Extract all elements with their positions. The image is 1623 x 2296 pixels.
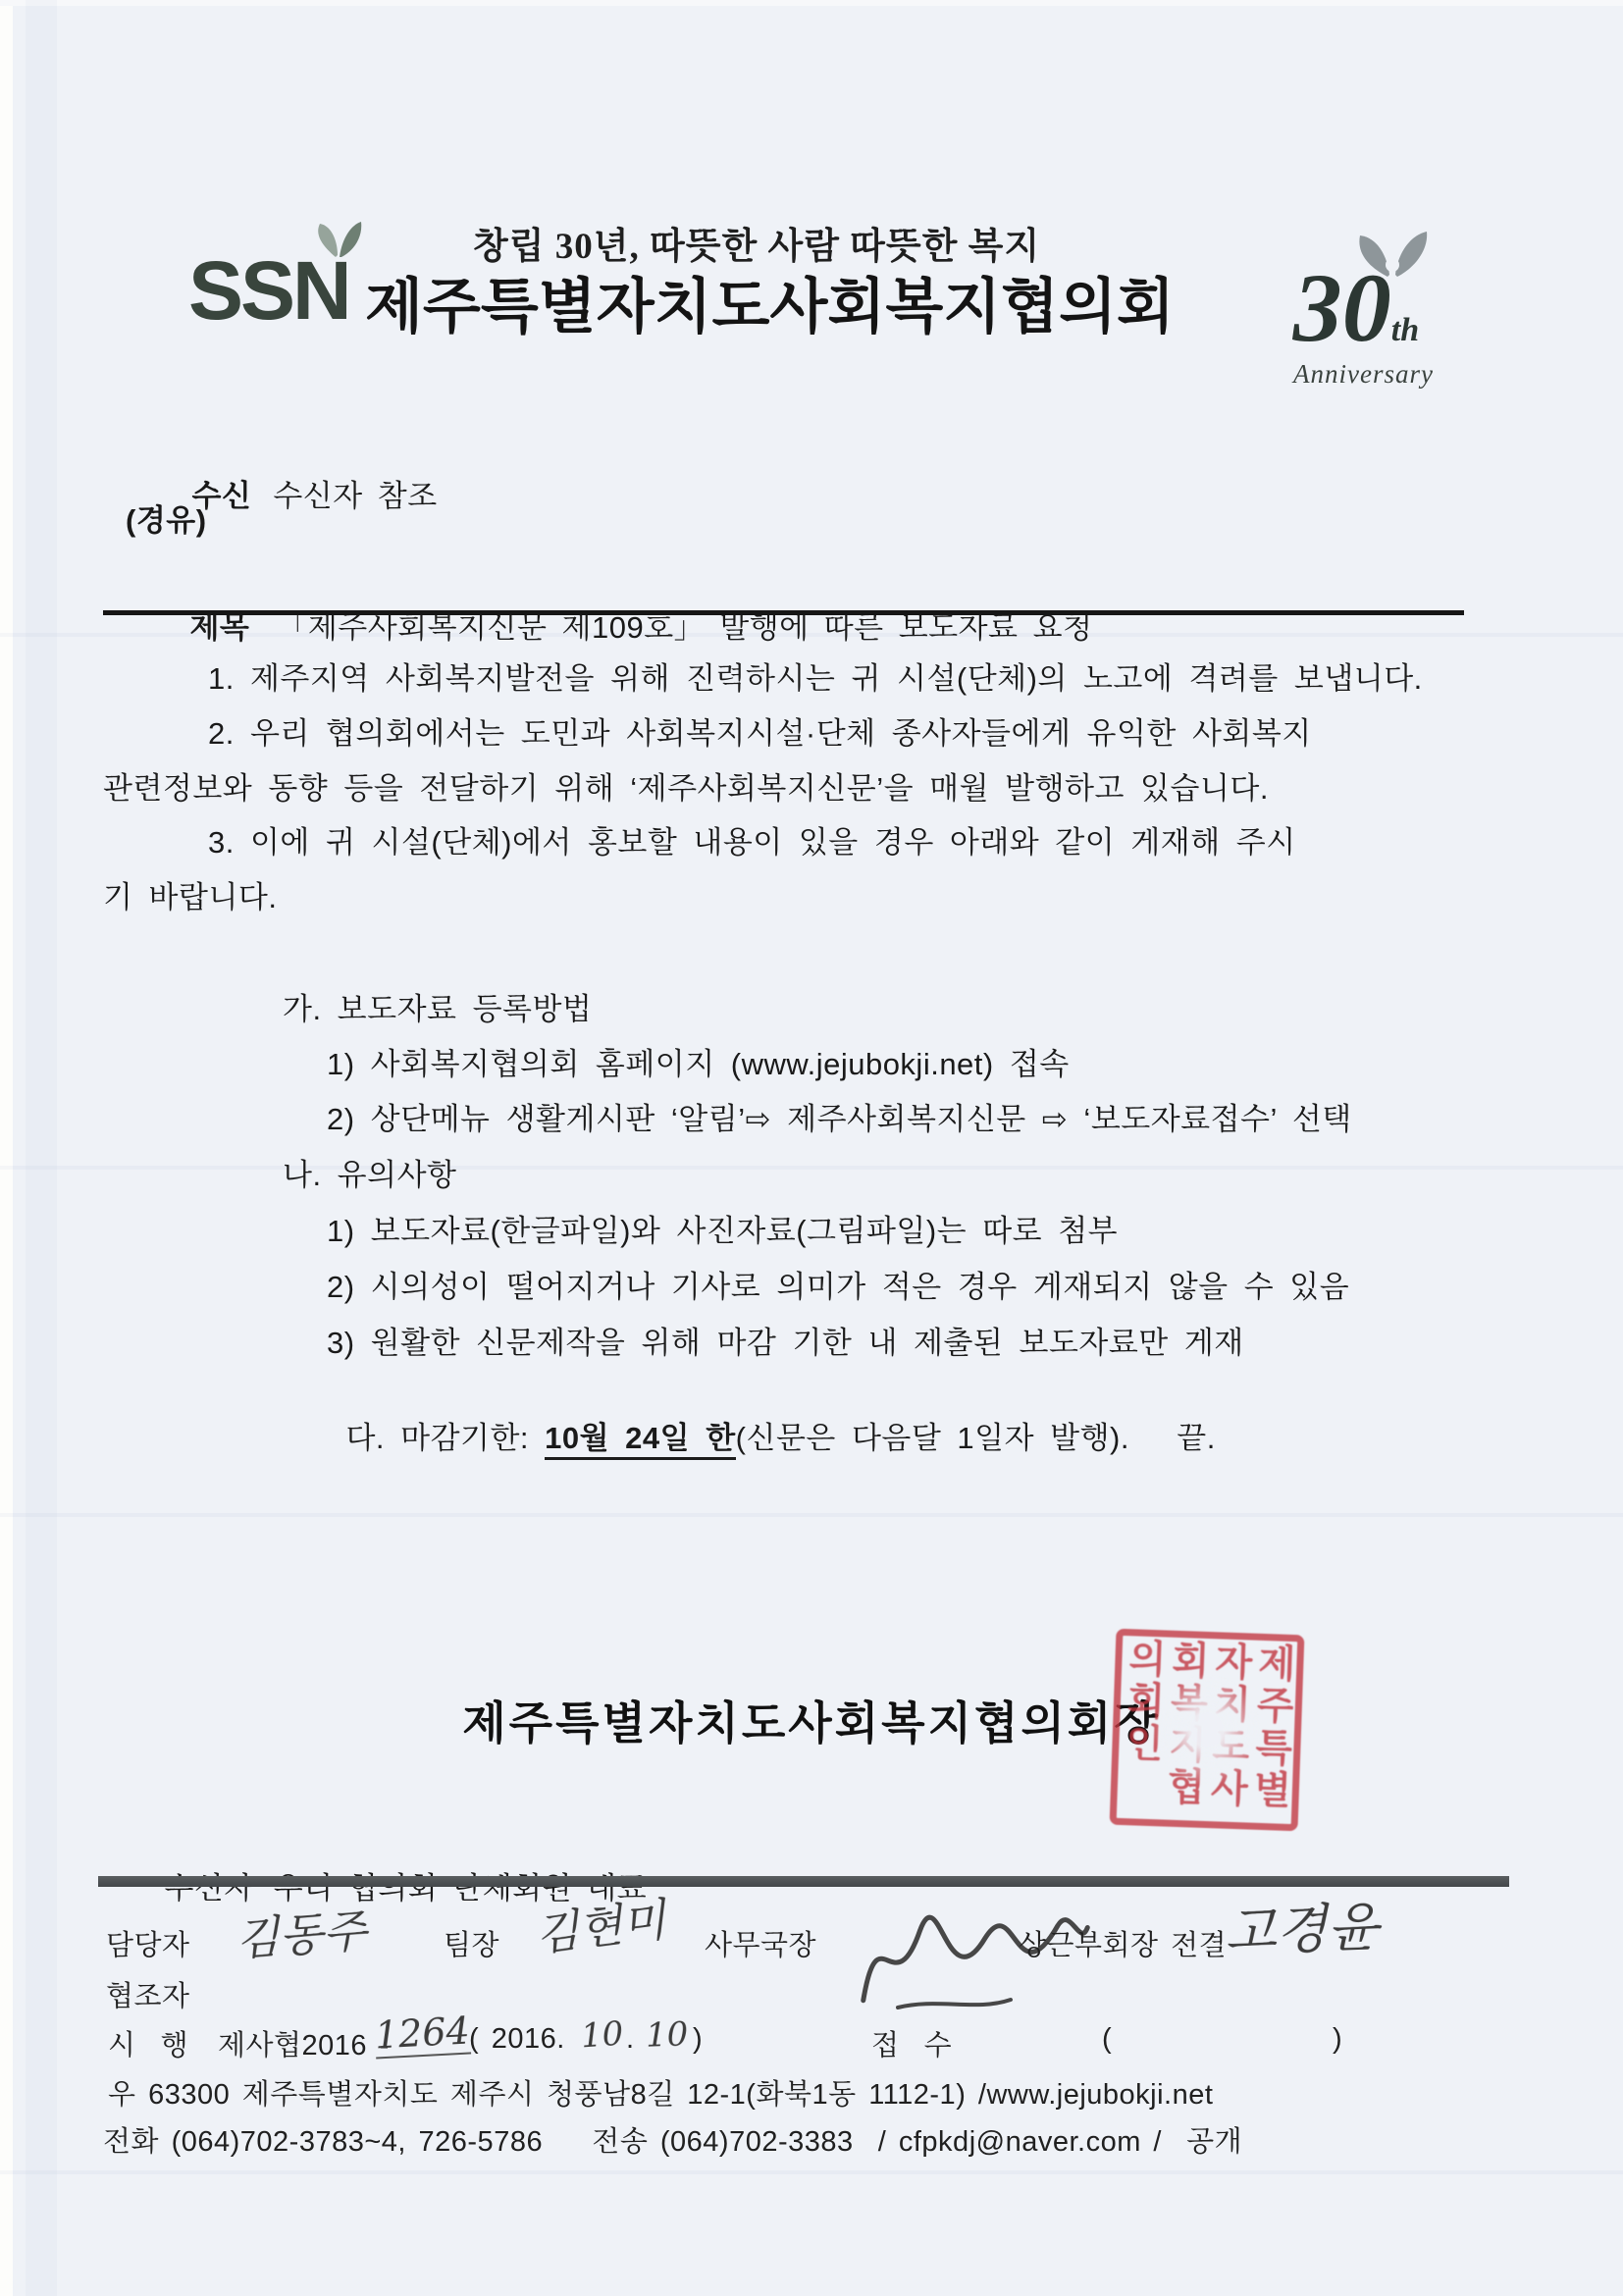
body-line: 관련정보와 동향 등을 전달하기 위해 ‘제주사회복지신문’을 매월 발행하고 …: [103, 763, 1269, 808]
dispatch-doc-no: 제사협2016 -: [218, 2023, 390, 2063]
official-seal-stamp: 제주특별자치도사회복지협의회인: [1110, 1629, 1305, 1832]
body-line: 1. 제주지역 사회복지발전을 위해 진력하시는 귀 시설(단체)의 노고에 격…: [208, 653, 1423, 698]
body-line: 2. 우리 협의회에서는 도민과 사회복지시설·단체 종사자들에게 유익한 사회…: [208, 708, 1312, 753]
list-item: 가. 보도자료 등록방법: [283, 984, 592, 1028]
dispatch-date-suffix: ): [693, 2023, 703, 2056]
anniversary-number: 30: [1293, 253, 1391, 362]
body-line: 3. 이에 귀 시설(단체)에서 홍보할 내용이 있을 경우 아래와 같이 게재…: [208, 817, 1296, 861]
sender-title: 제주특별자치도사회복지협의회장: [462, 1688, 1161, 1752]
scan-edge-top: [0, 0, 1623, 6]
anniversary-logo: 30th: [1276, 241, 1419, 375]
role-manager-label: 담당자: [106, 1923, 190, 1963]
vice-chairman-signature: 고경윤: [1224, 1885, 1380, 1965]
subject-label: 제목: [189, 610, 249, 645]
manager-signature: 김동주: [234, 1895, 369, 1968]
deadline-suffix: (신문은 다음달 1일자 발행). 끝.: [736, 1421, 1216, 1455]
scan-edge-left: [0, 0, 13, 2296]
receipt-label: 접 수: [871, 2023, 952, 2063]
anniversary-word: Anniversary: [1293, 359, 1434, 390]
dispatch-date-month-handwritten: 10: [580, 2014, 625, 2057]
subject-divider: [103, 610, 1464, 615]
scanned-letter-page: SSN 창립 30년, 따뜻한 사람 따뜻한 복지 제주특별자치도사회복지협의회…: [0, 0, 1623, 2296]
list-item: 1) 사회복지협의회 홈페이지 (www.jejubokji.net) 접속: [327, 1039, 1070, 1083]
ssn-leaf-icon: [312, 218, 363, 259]
recipient-value: 수신자 참조: [273, 479, 437, 513]
dispatch-doc-no-handwritten: 1264: [374, 2009, 471, 2060]
role-secretary-general-label: 사무국장: [705, 1923, 816, 1963]
dispatch-date-day-handwritten: 10: [645, 2014, 689, 2055]
scan-streak: [0, 2170, 1623, 2174]
header-org-name: 제주특별자치도사회복지협의회: [365, 259, 1175, 344]
list-item: 3) 원활한 신문제작을 위해 마감 기한 내 제출된 보도자료만 게재: [327, 1318, 1244, 1362]
receipt-paren-close: ): [1333, 2023, 1342, 2056]
scan-streak: [0, 1513, 1623, 1517]
via-line: (경유): [126, 496, 207, 540]
seal-fade-overlay: [1138, 1658, 1276, 1801]
list-item: 나. 유의사항: [283, 1150, 456, 1194]
anniversary-suffix: th: [1391, 312, 1419, 348]
receipt-paren-open: (: [1102, 2023, 1112, 2056]
role-vice-chairman-label: 상근부회장 전결: [1019, 1923, 1227, 1963]
dispatch-date-dot: .: [626, 2023, 635, 2056]
list-item: 2) 시의성이 떨어지거나 기사로 의미가 적은 경우 게재되지 않을 수 있음: [327, 1262, 1349, 1306]
deadline-prefix: 다. 마감기한:: [345, 1421, 545, 1455]
phone-line: 전화 (064)702-3783~4, 726-5786 전송 (064)702…: [103, 2119, 1242, 2160]
deadline-emphasis: 10월 24일 한: [545, 1421, 736, 1460]
role-team-leader-label: 팀장: [444, 1923, 499, 1963]
dispatch-date-prefix: ( 2016.: [469, 2023, 565, 2056]
body-line: 기 바랍니다.: [103, 872, 277, 916]
subject-value: 「제주사회복지신문 제109호」 발행에 따른 보도자료 요청: [277, 610, 1092, 645]
dispatch-label: 시 행: [108, 2023, 188, 2063]
role-cooperator-label: 협조자: [106, 1974, 190, 2014]
list-item: 2) 상단메뉴 생활게시판 ‘알림’⇨ 제주사회복지신문 ⇨ ‘보도자료접수’ …: [327, 1094, 1352, 1138]
footer-divider: [98, 1876, 1509, 1887]
deadline-line: 다. 마감기한: 10월 24일 한(신문은 다음달 1일자 발행). 끝.: [283, 1378, 1216, 1492]
list-item: 1) 보도자료(한글파일)와 사진자료(그림파일)는 따로 첨부: [327, 1206, 1118, 1250]
scan-streak: [0, 1166, 1623, 1170]
address-line: 우 63300 제주특별자치도 제주시 청풍남8길 12-1(화북1동 1112…: [108, 2072, 1213, 2113]
scan-vertical-band: [26, 0, 57, 2296]
